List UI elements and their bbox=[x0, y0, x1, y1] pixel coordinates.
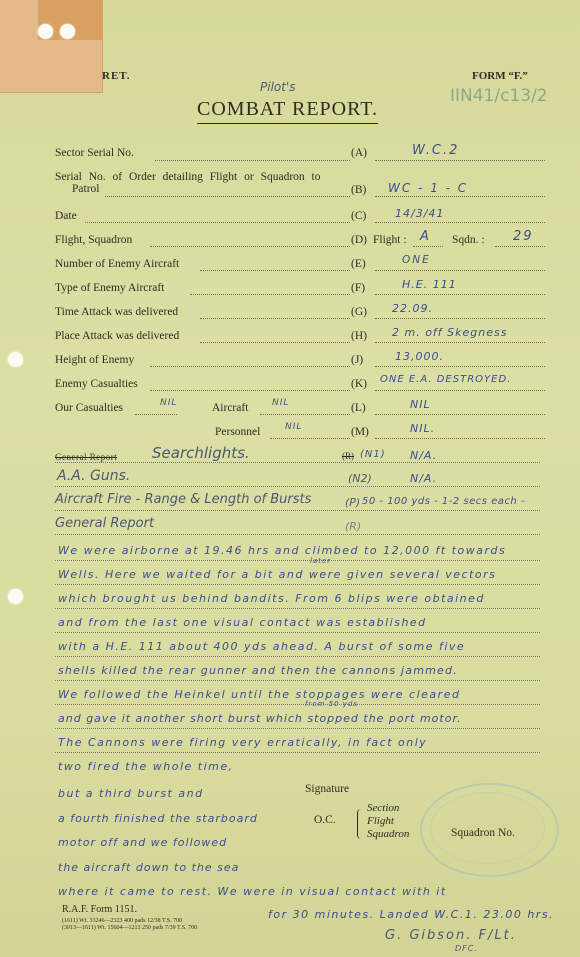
option-section: Section bbox=[367, 802, 399, 814]
field-code: (M) bbox=[351, 426, 369, 438]
oc-label: O.C. bbox=[314, 814, 336, 826]
field-value: N/A. bbox=[410, 449, 437, 462]
form-label: FORM “F.” bbox=[472, 70, 528, 82]
narrative-line: and from the last one visual contact was… bbox=[58, 616, 427, 629]
aircraft-value: NIL bbox=[272, 398, 289, 408]
struck-code: (R) bbox=[342, 451, 354, 461]
archive-reference: IIN41/c13/2 bbox=[450, 86, 548, 106]
answer-line bbox=[55, 486, 540, 487]
field-label: Our Casualties bbox=[55, 402, 123, 414]
field-code: (B) bbox=[351, 184, 366, 196]
signature-label: Signature bbox=[305, 783, 349, 795]
field-label: Enemy Casualties bbox=[55, 378, 138, 390]
leader-dots bbox=[150, 366, 350, 367]
field-label: Number of Enemy Aircraft bbox=[55, 258, 179, 270]
ruled-line bbox=[55, 728, 540, 729]
ruled-line bbox=[55, 656, 540, 657]
field-code: (J) bbox=[351, 354, 363, 366]
field-value: NIL bbox=[410, 398, 431, 411]
aa-guns-label: A.A. Guns. bbox=[57, 468, 130, 484]
answer-line bbox=[375, 222, 545, 223]
field-value: 2 m. off Skegness bbox=[392, 326, 507, 339]
answer-line bbox=[375, 318, 545, 319]
field-value: ONE bbox=[402, 254, 431, 266]
narrative-line: We followed the Heinkel until the stoppa… bbox=[58, 688, 460, 701]
squadron-no-label: Squadron No. bbox=[451, 827, 515, 839]
field-value: NIL. bbox=[410, 422, 435, 435]
answer-line bbox=[375, 414, 545, 415]
field-label: Time Attack was delivered bbox=[55, 306, 178, 318]
narrative-line: Wells. Here we waited for a bit and were… bbox=[58, 568, 496, 581]
form-number: R.A.F. Form 1151. bbox=[62, 904, 137, 915]
answer-line bbox=[375, 160, 545, 161]
field-value: W.C.2 bbox=[412, 143, 459, 158]
print-line: (1611) Wt. 33246—2323 400 pads 12/38 T.S… bbox=[62, 918, 182, 925]
field-label: Sector Serial No. bbox=[55, 147, 134, 159]
leader-dots bbox=[270, 438, 350, 439]
leader-dots bbox=[200, 342, 350, 343]
field-code: (D) bbox=[351, 234, 367, 246]
field-label: Height of Enemy bbox=[55, 354, 134, 366]
field-value: 22.09. bbox=[392, 302, 433, 315]
tape-hole-icon bbox=[60, 24, 75, 39]
our-casualties-value: NIL bbox=[160, 398, 177, 408]
narrative-line: where it came to rest. We were in visual… bbox=[58, 885, 447, 898]
field-code: (P) bbox=[345, 496, 360, 509]
option-flight: Flight bbox=[367, 815, 394, 827]
answer-line bbox=[55, 534, 540, 535]
field-label: Serial No. of Order detailing Flight or … bbox=[55, 171, 320, 183]
ruled-line bbox=[55, 560, 540, 561]
narrative-line: for 30 minutes. Landed W.C.1. 23.00 hrs. bbox=[268, 908, 554, 921]
field-value: WC - 1 - C bbox=[388, 181, 468, 195]
field-code: (H) bbox=[351, 330, 367, 342]
leader-dots bbox=[155, 160, 350, 161]
flight-value: A bbox=[420, 229, 431, 244]
punch-hole-icon bbox=[8, 352, 23, 367]
leader-dots bbox=[150, 390, 350, 391]
field-code: (G) bbox=[351, 306, 367, 318]
leader-dots bbox=[260, 414, 350, 415]
print-line: (3013—1611) Wt. 15604—1213 250 pads 7/39… bbox=[62, 925, 197, 932]
narrative-line: We were airborne at 19.46 hrs and climbe… bbox=[58, 544, 506, 557]
narrative-line: motor off and we followed bbox=[58, 836, 227, 849]
answer-line bbox=[375, 270, 545, 271]
ruled-line bbox=[55, 680, 540, 681]
field-code: (N2) bbox=[348, 472, 372, 485]
leader-dots bbox=[200, 318, 350, 319]
narrative-line: shells killed the rear gunner and then t… bbox=[58, 664, 458, 677]
field-code: (L) bbox=[351, 402, 366, 414]
ruled-line bbox=[55, 704, 540, 705]
field-value: N/A. bbox=[410, 472, 437, 485]
punch-hole-icon bbox=[8, 589, 23, 604]
general-report-label: General Report bbox=[55, 516, 154, 531]
aircraft-fire-label: Aircraft Fire - Range & Length of Bursts bbox=[55, 492, 311, 507]
narrative-line: with a H.E. 111 about 400 yds ahead. A b… bbox=[58, 640, 465, 653]
option-squadron: Squadron bbox=[367, 828, 409, 840]
field-code: (C) bbox=[351, 210, 366, 222]
classification-label: RET. bbox=[102, 70, 131, 82]
leader-dots bbox=[190, 294, 350, 295]
personnel-label: Personnel bbox=[215, 426, 260, 438]
decoration-label: DFC. bbox=[455, 944, 478, 953]
aircraft-label: Aircraft bbox=[212, 402, 248, 414]
narrative-line: two fired the whole time, bbox=[58, 760, 234, 773]
field-code: (E) bbox=[351, 258, 366, 270]
field-code: (R) bbox=[345, 520, 361, 533]
answer-line bbox=[375, 366, 545, 367]
ruled-line bbox=[55, 584, 540, 585]
field-label: Place Attack was delivered bbox=[55, 330, 179, 342]
squadron-value: 29 bbox=[513, 229, 534, 244]
narrative-insertion: later bbox=[310, 557, 331, 565]
leader-dots bbox=[85, 222, 350, 223]
answer-line bbox=[55, 462, 540, 463]
answer-line bbox=[55, 510, 540, 511]
answer-line bbox=[375, 438, 545, 439]
searchlights-label: Searchlights. bbox=[152, 444, 250, 462]
personnel-value: NIL bbox=[285, 422, 302, 432]
ruled-line bbox=[55, 752, 540, 753]
answer-line bbox=[375, 342, 545, 343]
field-value: 50 - 100 yds - 1-2 secs each - bbox=[362, 496, 525, 507]
field-value: 14/3/41 bbox=[395, 207, 444, 220]
squadron-label: Sqdn. : bbox=[452, 234, 485, 246]
ruled-line bbox=[55, 632, 540, 633]
field-label: Date bbox=[55, 210, 77, 222]
narrative-line: the aircraft down to the sea bbox=[58, 861, 239, 874]
narrative-insertion: from 50 yds bbox=[305, 700, 358, 708]
pilot-signature: G. Gibson. F/Lt. bbox=[385, 928, 517, 943]
field-value: 13,000. bbox=[395, 350, 444, 363]
answer-line bbox=[413, 246, 443, 247]
struck-general-report-label: General Report bbox=[55, 452, 117, 462]
answer-line bbox=[375, 196, 545, 197]
answer-line bbox=[375, 390, 545, 391]
page-title: COMBAT REPORT. bbox=[197, 98, 378, 124]
ruled-line bbox=[55, 608, 540, 609]
field-label: Type of Enemy Aircraft bbox=[55, 282, 164, 294]
field-code: (K) bbox=[351, 378, 367, 390]
narrative-line: The Cannons were firing very erratically… bbox=[58, 736, 427, 749]
narrative-line: and gave it another short burst which st… bbox=[58, 712, 461, 725]
leader-dots bbox=[150, 246, 350, 247]
field-label-continued: Patrol bbox=[72, 183, 99, 195]
narrative-line: a fourth finished the starboard bbox=[58, 812, 258, 825]
field-code: (F) bbox=[351, 282, 365, 294]
leader-dots bbox=[135, 414, 177, 415]
answer-line bbox=[375, 294, 545, 295]
answer-line bbox=[495, 246, 545, 247]
field-code: (A) bbox=[351, 147, 367, 159]
field-value: H.E. 111 bbox=[402, 278, 457, 291]
field-code: (N1) bbox=[360, 449, 386, 460]
leader-dots bbox=[105, 196, 350, 197]
brace-icon bbox=[357, 809, 364, 839]
leader-dots bbox=[200, 270, 350, 271]
field-label: Flight, Squadron bbox=[55, 234, 132, 246]
flight-label: Flight : bbox=[373, 234, 407, 246]
narrative-line: but a third burst and bbox=[58, 787, 204, 800]
field-value: ONE E.A. DESTROYED. bbox=[380, 374, 511, 385]
pilots-annotation: Pilot's bbox=[260, 80, 296, 94]
narrative-line: which brought us behind bandits. From 6 … bbox=[58, 592, 485, 605]
tape-hole-icon bbox=[38, 24, 53, 39]
